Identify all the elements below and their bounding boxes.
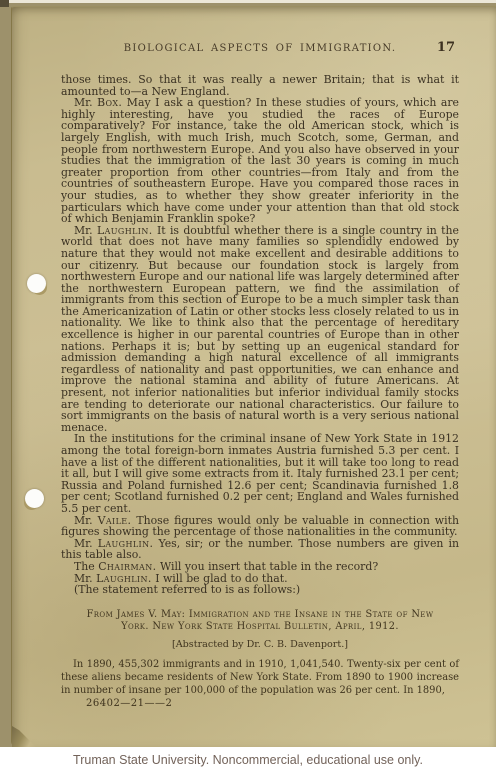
body-paragraph: Mr. Laughlin. It is doubtful whether the… bbox=[61, 225, 459, 434]
body-paragraph: Mr. Vaile. Those figures would only be v… bbox=[61, 515, 459, 538]
fine-print-paragraph: In 1890, 455,302 immigrants and in 1910,… bbox=[61, 658, 459, 697]
scanned-page: BIOLOGICAL ASPECTS OF IMMIGRATION. 17 th… bbox=[11, 6, 496, 747]
speaker-name: Laughlin. bbox=[97, 224, 153, 237]
scan-corner-mark bbox=[0, 0, 9, 7]
punch-hole-top bbox=[27, 274, 46, 293]
speaker-name: Vaile. bbox=[98, 514, 132, 527]
page-header-title: BIOLOGICAL ASPECTS OF IMMIGRATION. bbox=[61, 43, 459, 54]
text-column: BIOLOGICAL ASPECTS OF IMMIGRATION. 17 th… bbox=[61, 43, 459, 709]
body-paragraph: Mr. Box. May I ask a question? In these … bbox=[61, 97, 459, 225]
page-number: 17 bbox=[437, 40, 455, 55]
body-paragraphs: those times. So that it was really a new… bbox=[61, 74, 459, 596]
body-paragraph: In the institutions for the criminal ins… bbox=[61, 433, 459, 514]
punch-hole-bottom bbox=[25, 489, 44, 508]
speaker-name: Laughlin. bbox=[98, 537, 154, 550]
body-paragraph: Mr. Laughlin. Yes, sir; or the number. T… bbox=[61, 538, 459, 561]
torn-corner bbox=[12, 719, 52, 747]
statement-heading: From James V. May: Immigration and the I… bbox=[61, 609, 459, 634]
abstract-credit: [Abstracted by Dr. C. B. Davenport.] bbox=[61, 639, 459, 650]
scan-edge-top bbox=[0, 0, 496, 3]
page-header: BIOLOGICAL ASPECTS OF IMMIGRATION. 17 bbox=[61, 43, 459, 65]
body-paragraph: (The statement referred to is as follows… bbox=[61, 584, 459, 596]
footer-credit-bar: Truman State University. Noncommercial, … bbox=[0, 747, 496, 772]
body-paragraph: those times. So that it was really a new… bbox=[61, 74, 459, 97]
speaker-name: Box. bbox=[97, 96, 122, 109]
folio-number: 26402—21——2 bbox=[61, 698, 459, 709]
footer-credit-text: Truman State University. Noncommercial, … bbox=[73, 753, 423, 767]
